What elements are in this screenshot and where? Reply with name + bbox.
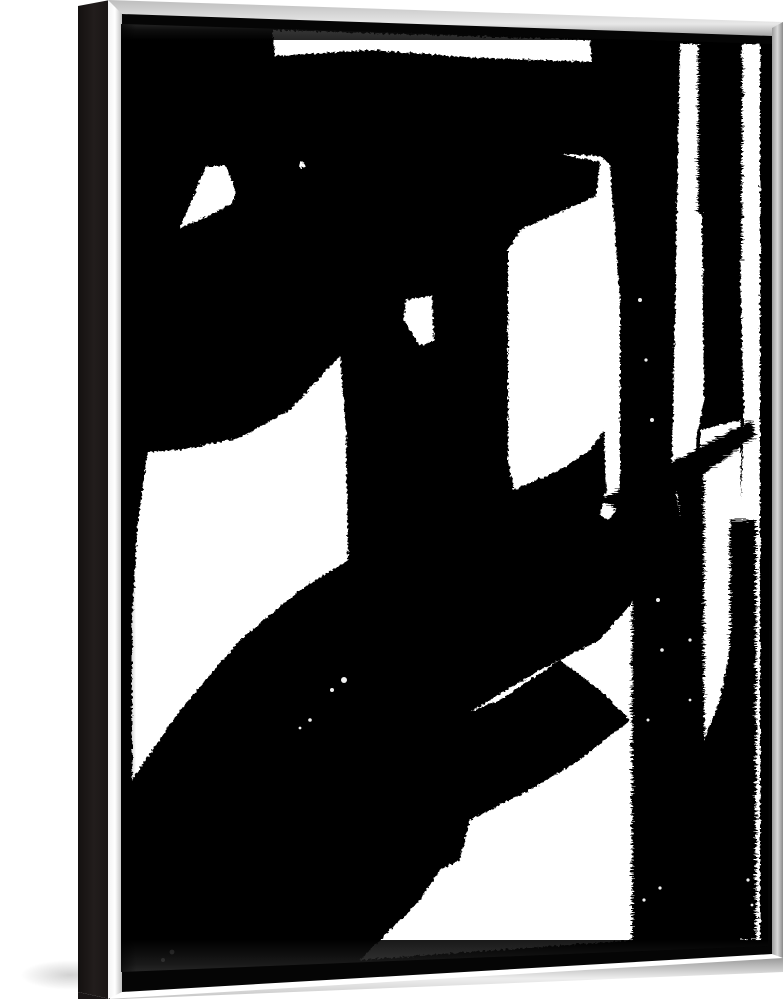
dry-stroke-5 xyxy=(730,520,756,940)
frame-side-depth xyxy=(78,0,110,999)
framed-canvas-photo xyxy=(0,0,783,999)
frame-right-edge xyxy=(772,22,783,958)
dry-stroke-2 xyxy=(698,44,722,214)
frame-left-edge xyxy=(108,0,122,999)
framed-artwork xyxy=(0,0,783,999)
canvas-artwork xyxy=(110,10,783,999)
dry-stroke-3 xyxy=(728,60,742,260)
